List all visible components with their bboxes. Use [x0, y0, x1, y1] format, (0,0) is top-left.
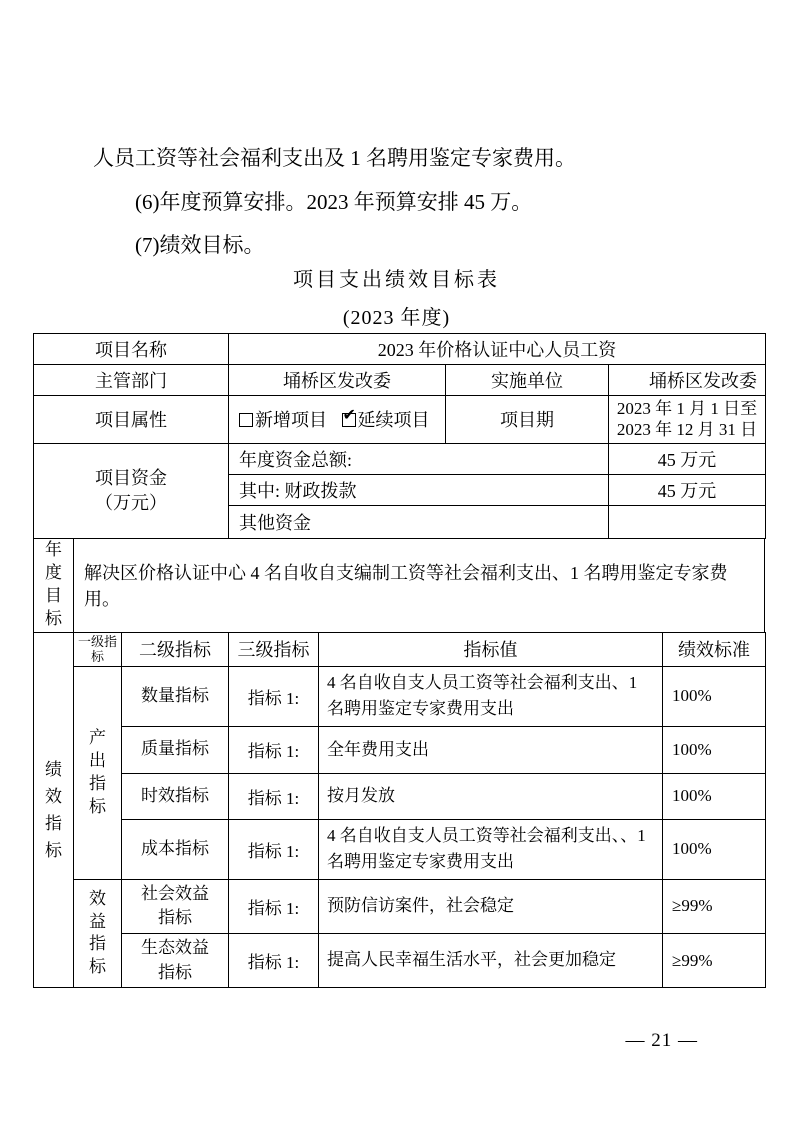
funds-fiscal-value: 45 万元 [609, 474, 766, 505]
attributes-label: 项目属性 [34, 396, 229, 444]
period-line2: 2023 年 12 月 31 日 [611, 419, 763, 440]
option-continue-project-label: 延续项目 [358, 410, 430, 430]
indicator-row: 效益指标 社会效益指标 指标 1: 预防信访案件，社会稳定 ≥99% [34, 879, 766, 933]
header-level1: 一级指标 [74, 632, 122, 666]
annual-goal-value: 解决区价格认证中心 4 名自收自支编制工资等社会福利支出、1 名聘用鉴定专家费用… [74, 539, 764, 632]
funds-other-label: 其他资金 [229, 505, 609, 538]
indicator-value: 预防信访案件，社会稳定 [319, 879, 663, 933]
funds-fiscal-label: 其中: 财政拨款 [229, 474, 609, 505]
indicator-standard: 100% [663, 819, 766, 879]
impl-unit-label: 实施单位 [446, 365, 609, 396]
indicator-row: 产出指标 数量指标 指标 1: 4 名自收自支人员工资等社会福利支出、1 名聘用… [34, 666, 766, 726]
page-number: — 21 — [626, 1030, 699, 1052]
indicator-value: 4 名自收自支人员工资等社会福利支出、、1 名聘用鉴定专家费用支出 [319, 819, 663, 879]
indicator-level2: 质量指标 [122, 726, 229, 773]
table-row: 项目资金 （万元） 年度资金总额: 45 万元 [34, 443, 766, 474]
table-row: 项目属性 新增项目 ✔延续项目 项目期 2023 年 1 月 1 日至 2023… [34, 396, 766, 444]
indicator-level3: 指标 1: [229, 726, 319, 773]
document-page: 人员工资等社会福利支出及 1 名聘用鉴定专家费用。 (6)年度预算安排。2023… [0, 0, 793, 1122]
table-row: 主管部门 埇桥区发改委 实施单位 埇桥区发改委 [34, 365, 766, 396]
project-name-value: 2023 年价格认证中心人员工资 [229, 334, 766, 365]
annual-goal-row: 年度目标 解决区价格认证中心 4 名自收自支编制工资等社会福利支出、1 名聘用鉴… [33, 538, 765, 633]
indicator-level2: 生态效益指标 [122, 933, 229, 987]
paragraph-item-6: (6)年度预算安排。2023 年预算安排 45 万。 [135, 190, 532, 214]
dept-value: 埇桥区发改委 [229, 365, 446, 396]
option-new-project-label: 新增项目 [255, 410, 327, 430]
indicator-level3: 指标 1: [229, 666, 319, 726]
paragraph-item-7: (7)绩效目标。 [135, 233, 265, 257]
period-line1: 2023 年 1 月 1 日至 [611, 398, 763, 419]
indicator-standard: 100% [663, 666, 766, 726]
period-value: 2023 年 1 月 1 日至 2023 年 12 月 31 日 [609, 396, 766, 444]
funds-total-value: 45 万元 [609, 443, 766, 474]
indicator-level2: 成本指标 [122, 819, 229, 879]
indicator-level2: 社会效益指标 [122, 879, 229, 933]
indicator-level3: 指标 1: [229, 933, 319, 987]
indicator-level3: 指标 1: [229, 879, 319, 933]
header-standard: 绩效标准 [663, 632, 766, 666]
indicators-table: 绩效指标 一级指标 二级指标 三级指标 指标值 绩效标准 产出指标 数量指标 指… [33, 632, 766, 989]
indicator-standard: ≥99% [663, 933, 766, 987]
indicator-level2: 数量指标 [122, 666, 229, 726]
checkbox-unchecked-icon [239, 413, 253, 427]
option-new-project: 新增项目 [239, 410, 327, 430]
indicator-standard: 100% [663, 773, 766, 819]
funds-label-line2: （万元） [38, 491, 224, 515]
table-title: 项目支出绩效目标表 [0, 263, 793, 292]
table-row: 项目名称 2023 年价格认证中心人员工资 [34, 334, 766, 365]
checkbox-checked-icon: ✔ [342, 413, 356, 427]
indicator-row: 生态效益指标 指标 1: 提高人民幸福生活水平，社会更加稳定 ≥99% [34, 933, 766, 987]
project-name-label: 项目名称 [34, 334, 229, 365]
indicator-value: 按月发放 [319, 773, 663, 819]
paragraph-continuation: 人员工资等社会福利支出及 1 名聘用鉴定专家费用。 [93, 146, 576, 170]
header-level2: 二级指标 [122, 632, 229, 666]
group-benefit-label: 效益指标 [74, 879, 122, 988]
dept-label: 主管部门 [34, 365, 229, 396]
period-label: 项目期 [446, 396, 609, 444]
attributes-options: 新增项目 ✔延续项目 [229, 396, 446, 444]
indicator-value: 全年费用支出 [319, 726, 663, 773]
indicator-row: 时效指标 指标 1: 按月发放 100% [34, 773, 766, 819]
indicator-level3: 指标 1: [229, 819, 319, 879]
impl-unit-value: 埇桥区发改委 [609, 365, 766, 396]
indicator-row: 质量指标 指标 1: 全年费用支出 100% [34, 726, 766, 773]
funds-total-label: 年度资金总额: [229, 443, 609, 474]
indicator-value: 4 名自收自支人员工资等社会福利支出、1 名聘用鉴定专家费用支出 [319, 666, 663, 726]
header-level3: 三级指标 [229, 632, 319, 666]
indicators-header-row: 绩效指标 一级指标 二级指标 三级指标 指标值 绩效标准 [34, 632, 766, 666]
option-continue-project: ✔延续项目 [342, 410, 430, 430]
funds-other-value [609, 505, 766, 538]
indicators-section-label: 绩效指标 [34, 632, 74, 988]
indicator-level2: 时效指标 [122, 773, 229, 819]
group-output-label: 产出指标 [74, 666, 122, 879]
header-value: 指标值 [319, 632, 663, 666]
indicator-standard: 100% [663, 726, 766, 773]
indicator-level3: 指标 1: [229, 773, 319, 819]
annual-goal-label: 年度目标 [34, 539, 74, 632]
check-mark-icon: ✔ [343, 407, 356, 423]
indicator-row: 成本指标 指标 1: 4 名自收自支人员工资等社会福利支出、、1 名聘用鉴定专家… [34, 819, 766, 879]
table-subtitle: (2023 年度) [0, 301, 793, 330]
indicator-standard: ≥99% [663, 879, 766, 933]
performance-target-table: 项目名称 2023 年价格认证中心人员工资 主管部门 埇桥区发改委 实施单位 埇… [33, 333, 765, 988]
funds-label-line1: 项目资金 [38, 466, 224, 490]
funds-label: 项目资金 （万元） [34, 443, 229, 538]
indicator-value: 提高人民幸福生活水平，社会更加稳定 [319, 933, 663, 987]
project-info-table: 项目名称 2023 年价格认证中心人员工资 主管部门 埇桥区发改委 实施单位 埇… [33, 333, 766, 539]
